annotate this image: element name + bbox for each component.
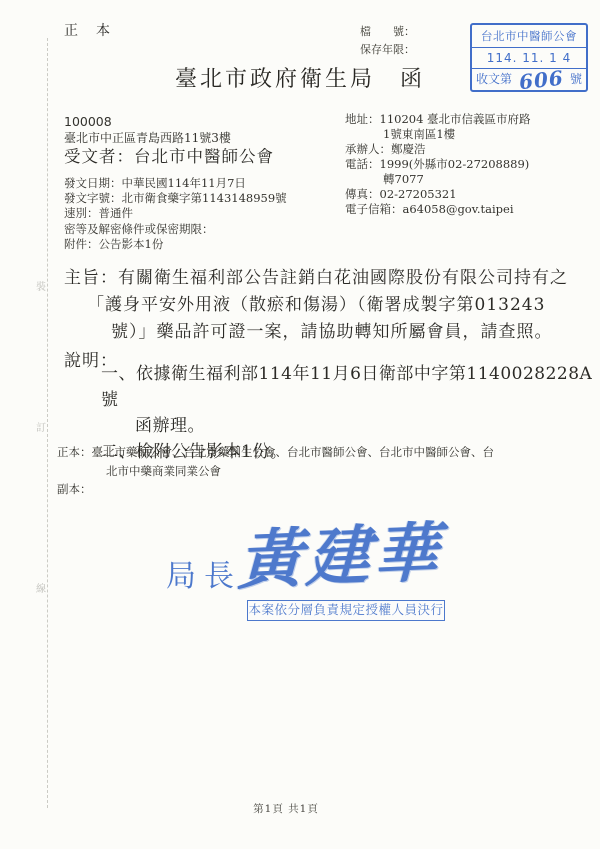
- contact-email-line: 電子信箱：a64058@gov.taipei: [345, 202, 531, 217]
- send-date-line: 發文日期：中華民國114年11月7日: [64, 176, 287, 191]
- subject-paragraph: 主旨：有關衛生福利部公告註銷白花油國際股份有限公司持有之 「護身平安外用液（散瘀…: [64, 265, 568, 346]
- recipient-name-line: 受文者：台北市中醫師公會: [64, 149, 274, 165]
- authorization-stamp: 本案依分層負責規定授權人員決行: [247, 600, 445, 621]
- subject-line-1: 主旨：有關衛生福利部公告註銷白花油國際股份有限公司持有之: [64, 265, 568, 292]
- document-title: 臺北市政府衛生局 函: [0, 62, 600, 93]
- send-meta-block: 發文日期：中華民國114年11月7日 發文字號：北市衛食藥字第114314895…: [64, 176, 287, 252]
- contact-phone-line2: 轉7077: [345, 172, 531, 187]
- binding-mark-zhuang: 裝: [36, 278, 46, 293]
- original-recipients-line-1: 正本：臺北市藥師公會、台北市藥劑生公會、台北市醫師公會、台北市中醫師公會、台: [57, 443, 494, 462]
- security-class-line: 密等及解密條件或保密期限：: [64, 222, 287, 237]
- subject-line-2: 「護身平安外用液（散瘀和傷湯）（衛署成製字第013243: [87, 292, 568, 319]
- page-number-footer: 第1頁 共1頁: [0, 801, 572, 816]
- speed-class-line: 速別：普通件: [64, 206, 287, 221]
- binding-mark-xian: 線: [36, 580, 46, 595]
- contact-address-line2: 1號東南區1樓: [345, 127, 531, 142]
- original-recipients-line-2: 北市中藥商業同業公會: [106, 462, 494, 481]
- contact-block: 地址：110204 臺北市信義區市府路 1號東南區1樓 承辦人：鄭慶浩 電話：1…: [345, 112, 531, 217]
- retention-period-label: 保存年限：: [360, 41, 415, 59]
- description-item-1-line-1: 一、依據衛生福利部114年11月6日衛部中字第1140028228A號: [101, 361, 600, 413]
- contact-person-line: 承辦人：鄭慶浩: [345, 142, 531, 157]
- recipient-zip: 100008: [64, 114, 274, 130]
- binding-margin-line: [47, 38, 48, 808]
- binding-mark-ding: 訂: [36, 419, 46, 434]
- contact-address-line1: 地址：110204 臺北市信義區市府路: [345, 112, 531, 127]
- recipient-block: 100008 臺北市中正區青島西路11號3樓 受文者：台北市中醫師公會: [64, 114, 274, 165]
- description-item-1-line-2: 函辦理。: [135, 413, 600, 439]
- file-number-label: 檔 號：: [360, 23, 415, 41]
- document-page: 裝 訂 線 正 本 檔 號： 保存年限： 台北市中醫師公會 114. 11. 1…: [0, 0, 600, 849]
- copy-type-label: 正 本: [64, 20, 112, 40]
- distribution-block: 正本：臺北市藥師公會、台北市藥劑生公會、台北市醫師公會、台北市中醫師公會、台 北…: [57, 443, 494, 499]
- contact-fax-line: 傳真：02-27205321: [345, 187, 531, 202]
- attachment-line: 附件：公告影本1份: [64, 237, 287, 252]
- recipient-address: 臺北市中正區青島西路11號3樓: [64, 130, 274, 146]
- copy-recipients-label: 副本：: [57, 480, 494, 499]
- signer-title: 局長: [166, 551, 242, 595]
- contact-phone-line1: 電話：1999(外縣市02-27208889): [345, 157, 531, 172]
- send-number-line: 發文字號：北市衛食藥字第1143148959號: [64, 191, 287, 206]
- stamp-org-name: 台北市中醫師公會: [472, 25, 586, 48]
- signer-signature: 黃建華: [237, 509, 469, 605]
- subject-line-3: 號）」藥品許可證一案，請協助轉知所屬會員，請查照。: [111, 319, 568, 346]
- file-number-block: 檔 號： 保存年限：: [360, 23, 415, 59]
